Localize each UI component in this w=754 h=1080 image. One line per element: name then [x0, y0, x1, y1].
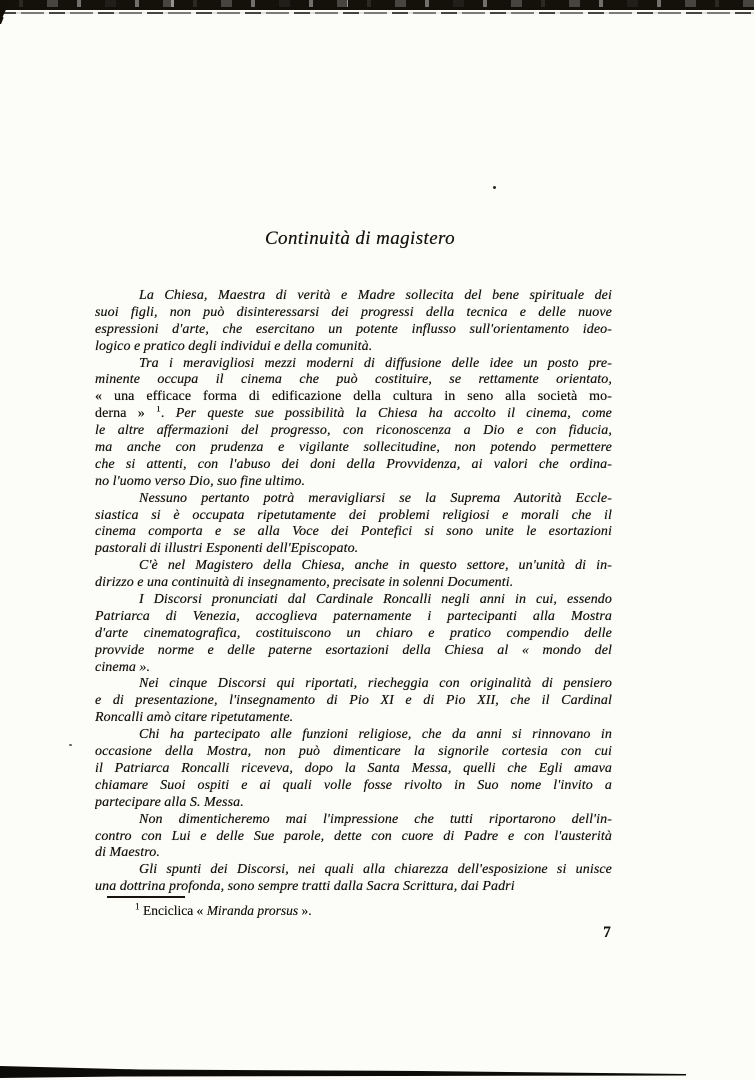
paragraph: Chi ha partecipato alle funzioni religio…: [95, 727, 612, 811]
text-segment: chiamare Suoi ospiti e ai quali volle fo…: [95, 778, 612, 793]
footnote-work-title: Miranda prorsus: [207, 903, 298, 918]
scan-speck: [69, 744, 72, 746]
text-line: I Discorsi pronunciati dal Cardinale Ron…: [95, 592, 612, 609]
text-line: Chi ha partecipato alle funzioni religio…: [95, 727, 612, 744]
text-line: le altre affermazioni del progresso, con…: [95, 423, 612, 440]
text-segment: C'è nel Magistero della Chiesa, anche in…: [139, 558, 612, 573]
text-line: siastica si è occupata ripetutamente dei…: [95, 508, 612, 525]
text-line: logico e pratico degli individui e della…: [95, 339, 612, 356]
text-line: ma anche con prudenza e vigilante sollec…: [95, 440, 612, 457]
text-line: una dottrina profonda, sono sempre tratt…: [95, 879, 612, 896]
text-segment: Nei cinque Discorsi qui riportati, riech…: [139, 676, 612, 691]
paragraph: Gli spunti dei Discorsi, nei quali alla …: [95, 862, 612, 896]
paragraph: Nessuno pertanto potrà meravigliarsi se …: [95, 491, 612, 559]
text-segment: I Discorsi pronunciati dal Cardinale Ron…: [139, 592, 612, 607]
footnote-text-end: ».: [298, 903, 312, 918]
footnote: 1 Enciclica « Miranda prorsus ».: [95, 902, 612, 919]
paragraph: Non dimenticheremo mai l'impressione che…: [95, 812, 612, 863]
text-line: e di presentazione, l'insegnamento di Pi…: [95, 693, 612, 710]
scan-top-secondary-line: [0, 12, 754, 14]
text-segment: Patriarca di Venezia, accoglieva paterna…: [95, 609, 612, 624]
text-line: cinema ».: [95, 660, 612, 677]
text-line: che si attenti, con l'abuso dei doni del…: [95, 457, 612, 474]
text-segment: d'arte cinematografica, costituiscono un…: [95, 626, 612, 641]
text-line: contro con Lui e delle Sue parole, dette…: [95, 829, 612, 846]
text-segment: Roncalli amò citare ripetutamente.: [95, 710, 293, 725]
text-segment: La Chiesa, Maestra di verità e Madre sol…: [139, 288, 612, 303]
text-line: il Patriarca Roncalli riceveva, dopo la …: [95, 761, 612, 778]
footnote-rule: [107, 896, 185, 898]
text-line: pastorali di illustri Esponenti dell'Epi…: [95, 541, 612, 558]
text-line: derna » 1. Per queste sue possibilità la…: [95, 406, 612, 423]
text-segment: minente occupa il cinema che può costitu…: [95, 372, 612, 387]
text-segment: una dottrina profonda, sono sempre tratt…: [95, 879, 515, 894]
text-line: suoi figli, non può disinteressarsi dei …: [95, 305, 612, 322]
text-segment: cinema comporta e se alla Voce dei Ponte…: [95, 524, 612, 539]
scanned-book-page: Continuità di magistero La Chiesa, Maest…: [0, 0, 754, 1080]
text-segment: Gli spunti dei Discorsi, nei quali alla …: [139, 862, 612, 877]
paragraph: I Discorsi pronunciati dal Cardinale Ron…: [95, 592, 612, 676]
text-segment: pastorali di illustri Esponenti dell'Epi…: [95, 541, 358, 556]
scan-top-speckle-band: [0, 0, 754, 7]
text-segment: che si attenti, con l'abuso dei doni del…: [95, 457, 612, 472]
paragraph: Tra i meravigliosi mezzi moderni di diff…: [95, 356, 612, 491]
text-segment: siastica si è occupata ripetutamente dei…: [95, 508, 612, 523]
text-segment: contro con Lui e delle Sue parole, dette…: [95, 829, 612, 844]
text-segment: ma anche con prudenza e vigilante sollec…: [95, 440, 612, 455]
text-segment: partecipare alla S. Messa.: [95, 795, 244, 810]
text-segment: espressioni d'arte, che esercitano un po…: [95, 322, 612, 337]
text-line: Non dimenticheremo mai l'impressione che…: [95, 812, 612, 829]
text-line: espressioni d'arte, che esercitano un po…: [95, 322, 612, 339]
footnote-text: Enciclica «: [140, 903, 207, 918]
text-segment: logico e pratico degli individui e della…: [95, 339, 372, 354]
paragraph: La Chiesa, Maestra di verità e Madre sol…: [95, 288, 612, 356]
text-line: chiamare Suoi ospiti e ai quali volle fo…: [95, 778, 612, 795]
text-line: minente occupa il cinema che può costitu…: [95, 372, 612, 389]
text-segment: Nessuno pertanto potrà meravigliarsi se …: [139, 491, 612, 506]
text-line: cinema comporta e se alla Voce dei Ponte…: [95, 524, 612, 541]
text-segment: di Maestro.: [95, 845, 160, 860]
text-line: Nessuno pertanto potrà meravigliarsi se …: [95, 491, 612, 508]
body-text: La Chiesa, Maestra di verità e Madre sol…: [95, 288, 612, 896]
text-line: La Chiesa, Maestra di verità e Madre sol…: [95, 288, 612, 305]
text-segment: provvide norme e delle paterne esortazio…: [95, 643, 612, 658]
text-line: Patriarca di Venezia, accoglieva paterna…: [95, 609, 612, 626]
paragraph: C'è nel Magistero della Chiesa, anche in…: [95, 558, 612, 592]
text-segment: dirizzo e una continuità di insegnamento…: [95, 575, 513, 590]
text-segment: no l'uomo verso Dio, suo fine ultimo.: [95, 474, 305, 489]
text-segment: Per queste sue possibilità la Chiesa ha …: [176, 406, 612, 421]
text-segment: derna »: [95, 406, 156, 421]
paragraph: Nei cinque Discorsi qui riportati, riech…: [95, 676, 612, 727]
text-segment: Tra i meravigliosi mezzi moderni di diff…: [139, 356, 612, 371]
text-segment: e di presentazione, l'insegnamento di Pi…: [95, 693, 612, 708]
text-line: no l'uomo verso Dio, suo fine ultimo.: [95, 474, 612, 491]
scan-bottom-shadow-wedge: [0, 1060, 754, 1080]
text-segment: Chi ha partecipato alle funzioni religio…: [139, 727, 612, 742]
page-number: 7: [594, 924, 620, 942]
page-title: Continuità di magistero: [95, 227, 612, 251]
text-line: Roncalli amò citare ripetutamente.: [95, 710, 612, 727]
text-segment: suoi figli, non può disinteressarsi dei …: [95, 305, 612, 320]
text-line: partecipare alla S. Messa.: [95, 795, 612, 812]
text-segment: « una efficace forma di edificazione del…: [95, 389, 612, 404]
text-segment: il Patriarca Roncalli riceveva, dopo la …: [95, 761, 612, 776]
text-segment: .: [161, 406, 176, 421]
text-segment: Non dimenticheremo mai l'impressione che…: [139, 812, 612, 827]
text-line: C'è nel Magistero della Chiesa, anche in…: [95, 558, 612, 575]
text-line: « una efficace forma di edificazione del…: [95, 389, 612, 406]
text-segment: le altre affermazioni del progresso, con…: [95, 423, 612, 438]
text-line: Tra i meravigliosi mezzi moderni di diff…: [95, 356, 612, 373]
text-line: provvide norme e delle paterne esortazio…: [95, 643, 612, 660]
text-line: Nei cinque Discorsi qui riportati, riech…: [95, 676, 612, 693]
text-segment: occasione della Mostra, non può dimentic…: [95, 744, 612, 759]
text-line: occasione della Mostra, non può dimentic…: [95, 744, 612, 761]
text-line: di Maestro.: [95, 845, 612, 862]
text-line: Gli spunti dei Discorsi, nei quali alla …: [95, 862, 612, 879]
text-segment: cinema ».: [95, 660, 150, 675]
scan-top-edge-line: [0, 7, 754, 10]
scan-speck: [493, 186, 496, 189]
text-line: d'arte cinematografica, costituiscono un…: [95, 626, 612, 643]
text-line: dirizzo e una continuità di insegnamento…: [95, 575, 612, 592]
